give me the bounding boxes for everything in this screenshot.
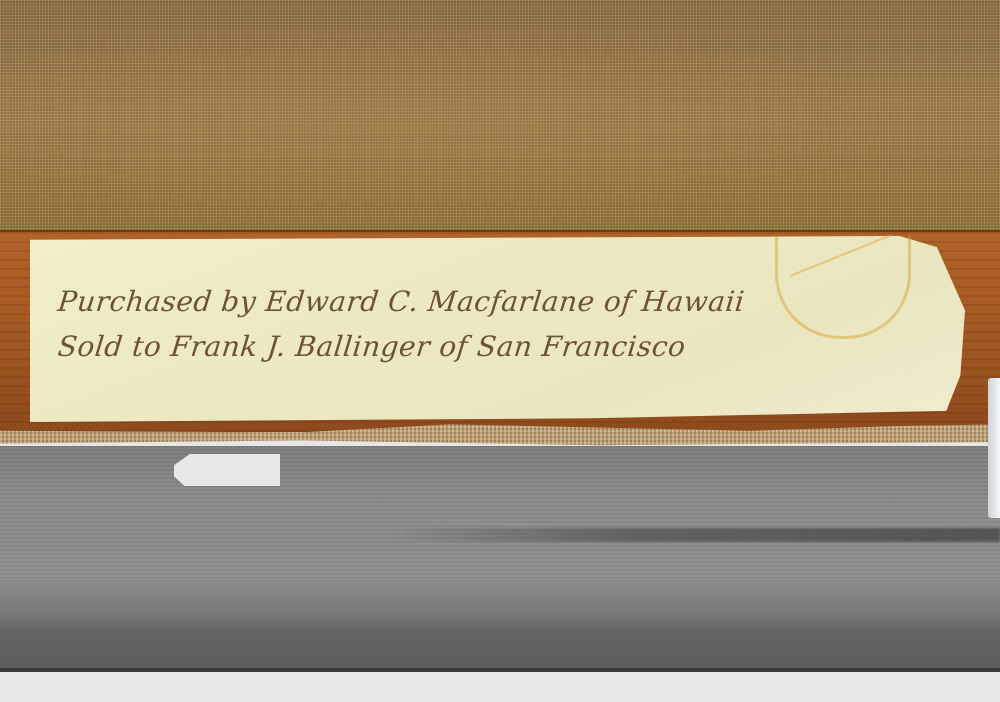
frame-scuff bbox=[380, 528, 1000, 542]
label-line-purchased: Purchased by Edward C. Macfarlane of Haw… bbox=[56, 285, 746, 318]
frame-rail-lower bbox=[0, 580, 1000, 670]
table-surface bbox=[0, 672, 1000, 702]
provenance-label bbox=[30, 236, 965, 422]
canvas-back bbox=[0, 0, 1000, 232]
frame-clip bbox=[988, 378, 1000, 518]
label-line-sold: Sold to Frank J. Ballinger of San Franci… bbox=[56, 330, 687, 363]
frame-rail-upper bbox=[0, 446, 1000, 581]
paint-chip bbox=[174, 454, 280, 486]
